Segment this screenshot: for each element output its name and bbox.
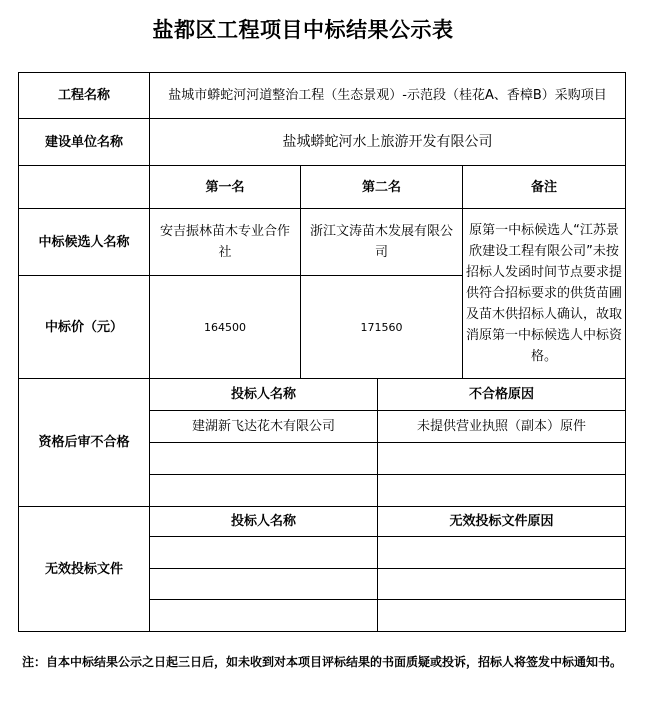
disqualified-bidder-header: 投标人名称 [150, 379, 378, 411]
candidate-second: 浙江文涛苗木发展有限公司 [301, 209, 463, 276]
rank-header-row: 第一名 第二名 备注 [19, 166, 626, 209]
candidate-first: 安吉振林苗木专业合作社 [150, 209, 301, 276]
invalid-bidder [150, 569, 378, 600]
invalid-label: 无效投标文件 [19, 507, 150, 632]
builder-value: 盐城蟒蛇河水上旅游开发有限公司 [150, 119, 626, 166]
invalid-reason [378, 600, 626, 632]
invalid-bidder [150, 537, 378, 569]
remark-header: 备注 [463, 166, 626, 209]
invalid-bidder-header: 投标人名称 [150, 507, 378, 537]
price-first: 164500 [150, 276, 301, 379]
footnote: 注：自本中标结果公示之日起三日后，如未收到对本项目评标结果的书面质疑或投诉，招标… [22, 652, 622, 673]
disqualified-bidder: 建湖新飞达花木有限公司 [150, 411, 378, 443]
disqualified-label: 资格后审不合格 [19, 379, 150, 507]
rank-second-header: 第二名 [301, 166, 463, 209]
disqualified-header-row: 资格后审不合格 投标人名称 不合格原因 [19, 379, 626, 411]
candidate-label: 中标候选人名称 [19, 209, 150, 276]
builder-label: 建设单位名称 [19, 119, 150, 166]
project-name-row: 工程名称 盐城市蟒蛇河河道整治工程（生态景观）-示范段（桂花A、香樟B）采购项目 [19, 73, 626, 119]
disqualified-reason [378, 443, 626, 475]
invalid-bidder [150, 600, 378, 632]
candidate-row: 中标候选人名称 安吉振林苗木专业合作社 浙江文涛苗木发展有限公司 原第一中标候选… [19, 209, 626, 276]
invalid-reason [378, 537, 626, 569]
invalid-reason [378, 569, 626, 600]
price-second: 171560 [301, 276, 463, 379]
disqualified-reason: 未提供营业执照（副本）原件 [378, 411, 626, 443]
disqualified-bidder [150, 443, 378, 475]
invalid-header-row: 无效投标文件 投标人名称 无效投标文件原因 [19, 507, 626, 537]
rank-first-header: 第一名 [150, 166, 301, 209]
disqualified-reason-header: 不合格原因 [378, 379, 626, 411]
invalid-reason-header: 无效投标文件原因 [378, 507, 626, 537]
project-name-value: 盐城市蟒蛇河河道整治工程（生态景观）-示范段（桂花A、香樟B）采购项目 [150, 73, 626, 119]
rank-header-blank [19, 166, 150, 209]
page-title: 盐都区工程项目中标结果公示表 [0, 14, 606, 44]
disqualified-bidder [150, 475, 378, 507]
price-label: 中标价（元） [19, 276, 150, 379]
disqualified-reason [378, 475, 626, 507]
remark-text: 原第一中标候选人“江苏景欣建设工程有限公司”未按招标人发函时间节点要求提供符合招… [463, 209, 626, 379]
builder-row: 建设单位名称 盐城蟒蛇河水上旅游开发有限公司 [19, 119, 626, 166]
bid-result-table: 工程名称 盐城市蟒蛇河河道整治工程（生态景观）-示范段（桂花A、香樟B）采购项目… [18, 72, 626, 632]
project-name-label: 工程名称 [19, 73, 150, 119]
